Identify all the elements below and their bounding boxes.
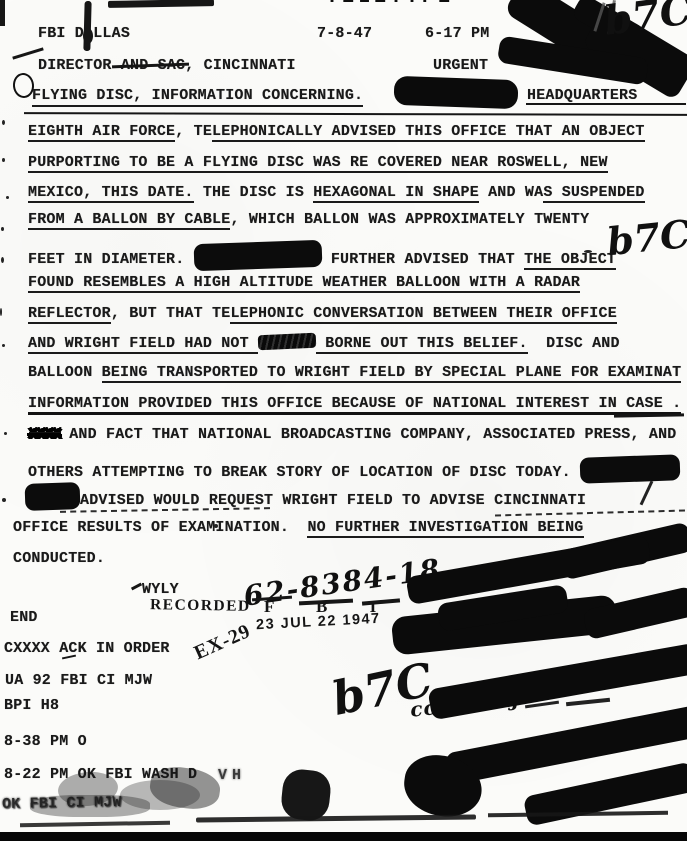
scan-speckle: [0, 308, 2, 316]
body-line: FEET IN DIAMETER. FURTHER ADVISED THAT T…: [28, 242, 616, 269]
text-segment: , BUT THAT TE: [111, 305, 231, 322]
ack-line: CXXXX ACK IN ORDER: [4, 639, 170, 658]
body-line: XXXX AND FACT THAT NATIONAL BROADCASTING…: [28, 425, 677, 444]
text-segment: HEXAGONAL IN SHAPE: [313, 184, 479, 203]
recipient-prefix: DIRECTOR: [38, 57, 121, 74]
text-segment: CONDUCTED.: [13, 550, 105, 567]
scan-speckle: [2, 498, 6, 502]
scan-speckle: [1, 227, 4, 231]
bottom-scan-bar: [0, 832, 687, 841]
text-segment: LEPHONIC CONVERSATION BETWEEN THEIR OFFI…: [230, 305, 616, 324]
text-segment: FURTHER ADVISED THAT: [322, 251, 524, 268]
handwritten-tick: [640, 481, 654, 506]
text-segment: DISC AND: [528, 335, 620, 352]
top-ink-smear: [108, 0, 214, 8]
text-segment: AND WRIGHT FIELD HAD NOT: [28, 335, 258, 354]
body-line: OFFICE RESULTS OF EXAMINATION. NO FURTHE…: [13, 518, 584, 537]
recipient-suffix: , CINCINNATI: [185, 57, 295, 74]
smudge-blotch: [30, 795, 150, 817]
ink-smear: [20, 821, 170, 828]
b7c-annotation-top: b7C: [601, 0, 687, 45]
ink-blot: [280, 768, 333, 823]
text-segment: EIGHTH AIR FORCE: [28, 123, 175, 142]
text-segment: THE DISC IS: [194, 184, 314, 201]
scan-speckle: [584, 250, 592, 253]
scanned-fbi-teletype-page: TELETYPE FBI DALLAS 7-8-47 6-17 PM DIREC…: [0, 0, 687, 841]
header-rule: [24, 112, 687, 116]
underline-extension: [614, 413, 684, 417]
body-line: MEXICO, THIS DATE. THE DISC IS HEXAGONAL…: [28, 183, 645, 202]
text-segment: FROM A BALLON BY CABLE: [28, 211, 230, 230]
scan-speckle: [1, 257, 4, 263]
clipped-teletype-word: TELETYPE: [326, 0, 504, 9]
subject-line: FLYING DISC, INFORMATION CONCERNING.: [32, 86, 363, 107]
inline-redaction: [193, 240, 322, 271]
text-segment: MEXICO, THIS DATE.: [28, 184, 194, 203]
text-segment: PURPORTING TO BE A FLYING DISC WAS RE CO…: [28, 154, 608, 173]
text-segment: S SUSPENDED: [543, 184, 644, 203]
text-segment: NO FURTHER INVESTIGATION BEING: [307, 519, 583, 538]
inline-redaction: [25, 482, 81, 511]
body-line: REFLECTOR, BUT THAT TELEPHONIC CONVERSAT…: [28, 304, 617, 323]
scan-speckle: [2, 158, 5, 162]
text-segment: OTHERS ATTEMPTING TO BREAK STORY OF LOCA…: [28, 464, 580, 481]
text-segment: BALLOON: [28, 364, 102, 381]
recipient-line: DIRECTOR AND SAC, CINCINNATI: [38, 56, 296, 75]
time-line-822-tail: VH: [218, 766, 246, 785]
wyly-tick: [131, 583, 142, 591]
ink-smear: [488, 811, 668, 818]
redaction-stroke: [427, 643, 687, 721]
text-segment: THE OBJECT: [524, 251, 616, 270]
end-marker: END: [10, 608, 38, 627]
body-line: PURPORTING TO BE A FLYING DISC WAS RE CO…: [28, 153, 608, 172]
priority-label: URGENT: [433, 56, 488, 75]
recipient-struck: AND SAC: [121, 57, 185, 74]
dashed-underline: [495, 510, 685, 517]
corner-ink-tick: [0, 0, 5, 26]
ex-29-stamp: EX-29: [191, 620, 255, 665]
redaction-stroke: [582, 586, 687, 640]
body-line: ADVISED WOULD REQUEST WRIGHT FIELD TO AD…: [25, 483, 586, 510]
body-line: EIGHTH AIR FORCE, TELEPHONICALLY ADVISED…: [28, 122, 645, 141]
bpi-line: BPI H8: [4, 696, 59, 715]
text-segment: AND FACT THAT NATIONAL BROADCASTING COMP…: [60, 426, 677, 443]
scan-speckle: [2, 120, 5, 125]
text-segment: INFORMATION PROVIDED THIS OFFICE BECAUSE…: [28, 395, 681, 415]
b7c-annotation-mid: b7C: [605, 211, 687, 264]
header-date: 7-8-47: [317, 24, 372, 43]
ua-line: UA 92 FBI CI MJW: [5, 671, 152, 690]
body-line: AND WRIGHT FIELD HAD NOT BORNE OUT THIS …: [28, 334, 620, 353]
body-line: CONDUCTED.: [13, 549, 105, 568]
body-line: INFORMATION PROVIDED THIS OFFICE BECAUSE…: [28, 394, 681, 413]
text-segment: BEING TRANSPORTED TO WRIGHT FIELD BY SPE…: [102, 364, 682, 383]
scan-speckle: [4, 432, 7, 435]
text-segment: BORNE OUT THIS BELIEF.: [316, 335, 528, 354]
text-segment: FEET IN DIAMETER.: [28, 251, 194, 268]
body-line: OTHERS ATTEMPTING TO BREAK STORY OF LOCA…: [28, 456, 680, 482]
clipped-word-text: TELETYPE: [326, 0, 504, 9]
inline-redaction: [580, 454, 681, 483]
handwriting-scribble: [566, 698, 610, 706]
scan-speckle: [2, 344, 5, 347]
scan-speckle: [214, 524, 218, 528]
body-line: BALLOON BEING TRANSPORTED TO WRIGHT FIEL…: [28, 363, 681, 382]
redaction-stroke: [523, 761, 687, 826]
text-segment: FOUND RESEMBLES A HIGH ALTITUDE WEATHER …: [28, 274, 580, 293]
redaction-bar: [394, 76, 519, 109]
text-segment: OFFICE RESULTS OF EXAMINATION.: [13, 519, 307, 536]
text-segment: , WHICH BALLON WAS APPROXIMATELY TWENTY: [230, 211, 589, 228]
text-segment: AND WA: [479, 184, 543, 201]
header-time: 6-17 PM: [425, 24, 489, 43]
text-segment: XXXX: [28, 426, 60, 443]
ink-smear: [196, 815, 476, 823]
headquarters-underline: [526, 103, 686, 105]
body-line: FOUND RESEMBLES A HIGH ALTITUDE WEATHER …: [28, 273, 580, 292]
text-segment: ADVISED WOULD REQUEST WRIGHT FIELD TO AD…: [80, 492, 586, 509]
scan-speckle: [6, 196, 9, 199]
inline-redaction: [258, 333, 317, 351]
body-line: FROM A BALLON BY CABLE, WHICH BALLON WAS…: [28, 210, 589, 229]
recorded-stamp: RECORDED: [150, 596, 251, 616]
ink-blob: [83, 28, 93, 44]
text-segment: REFLECTOR: [28, 305, 111, 324]
time-line-838: 8-38 PM O: [4, 732, 87, 751]
text-segment: LEPHONICALLY ADVISED THIS OFFICE THAT AN…: [212, 123, 644, 142]
text-segment: , TE: [175, 123, 212, 140]
